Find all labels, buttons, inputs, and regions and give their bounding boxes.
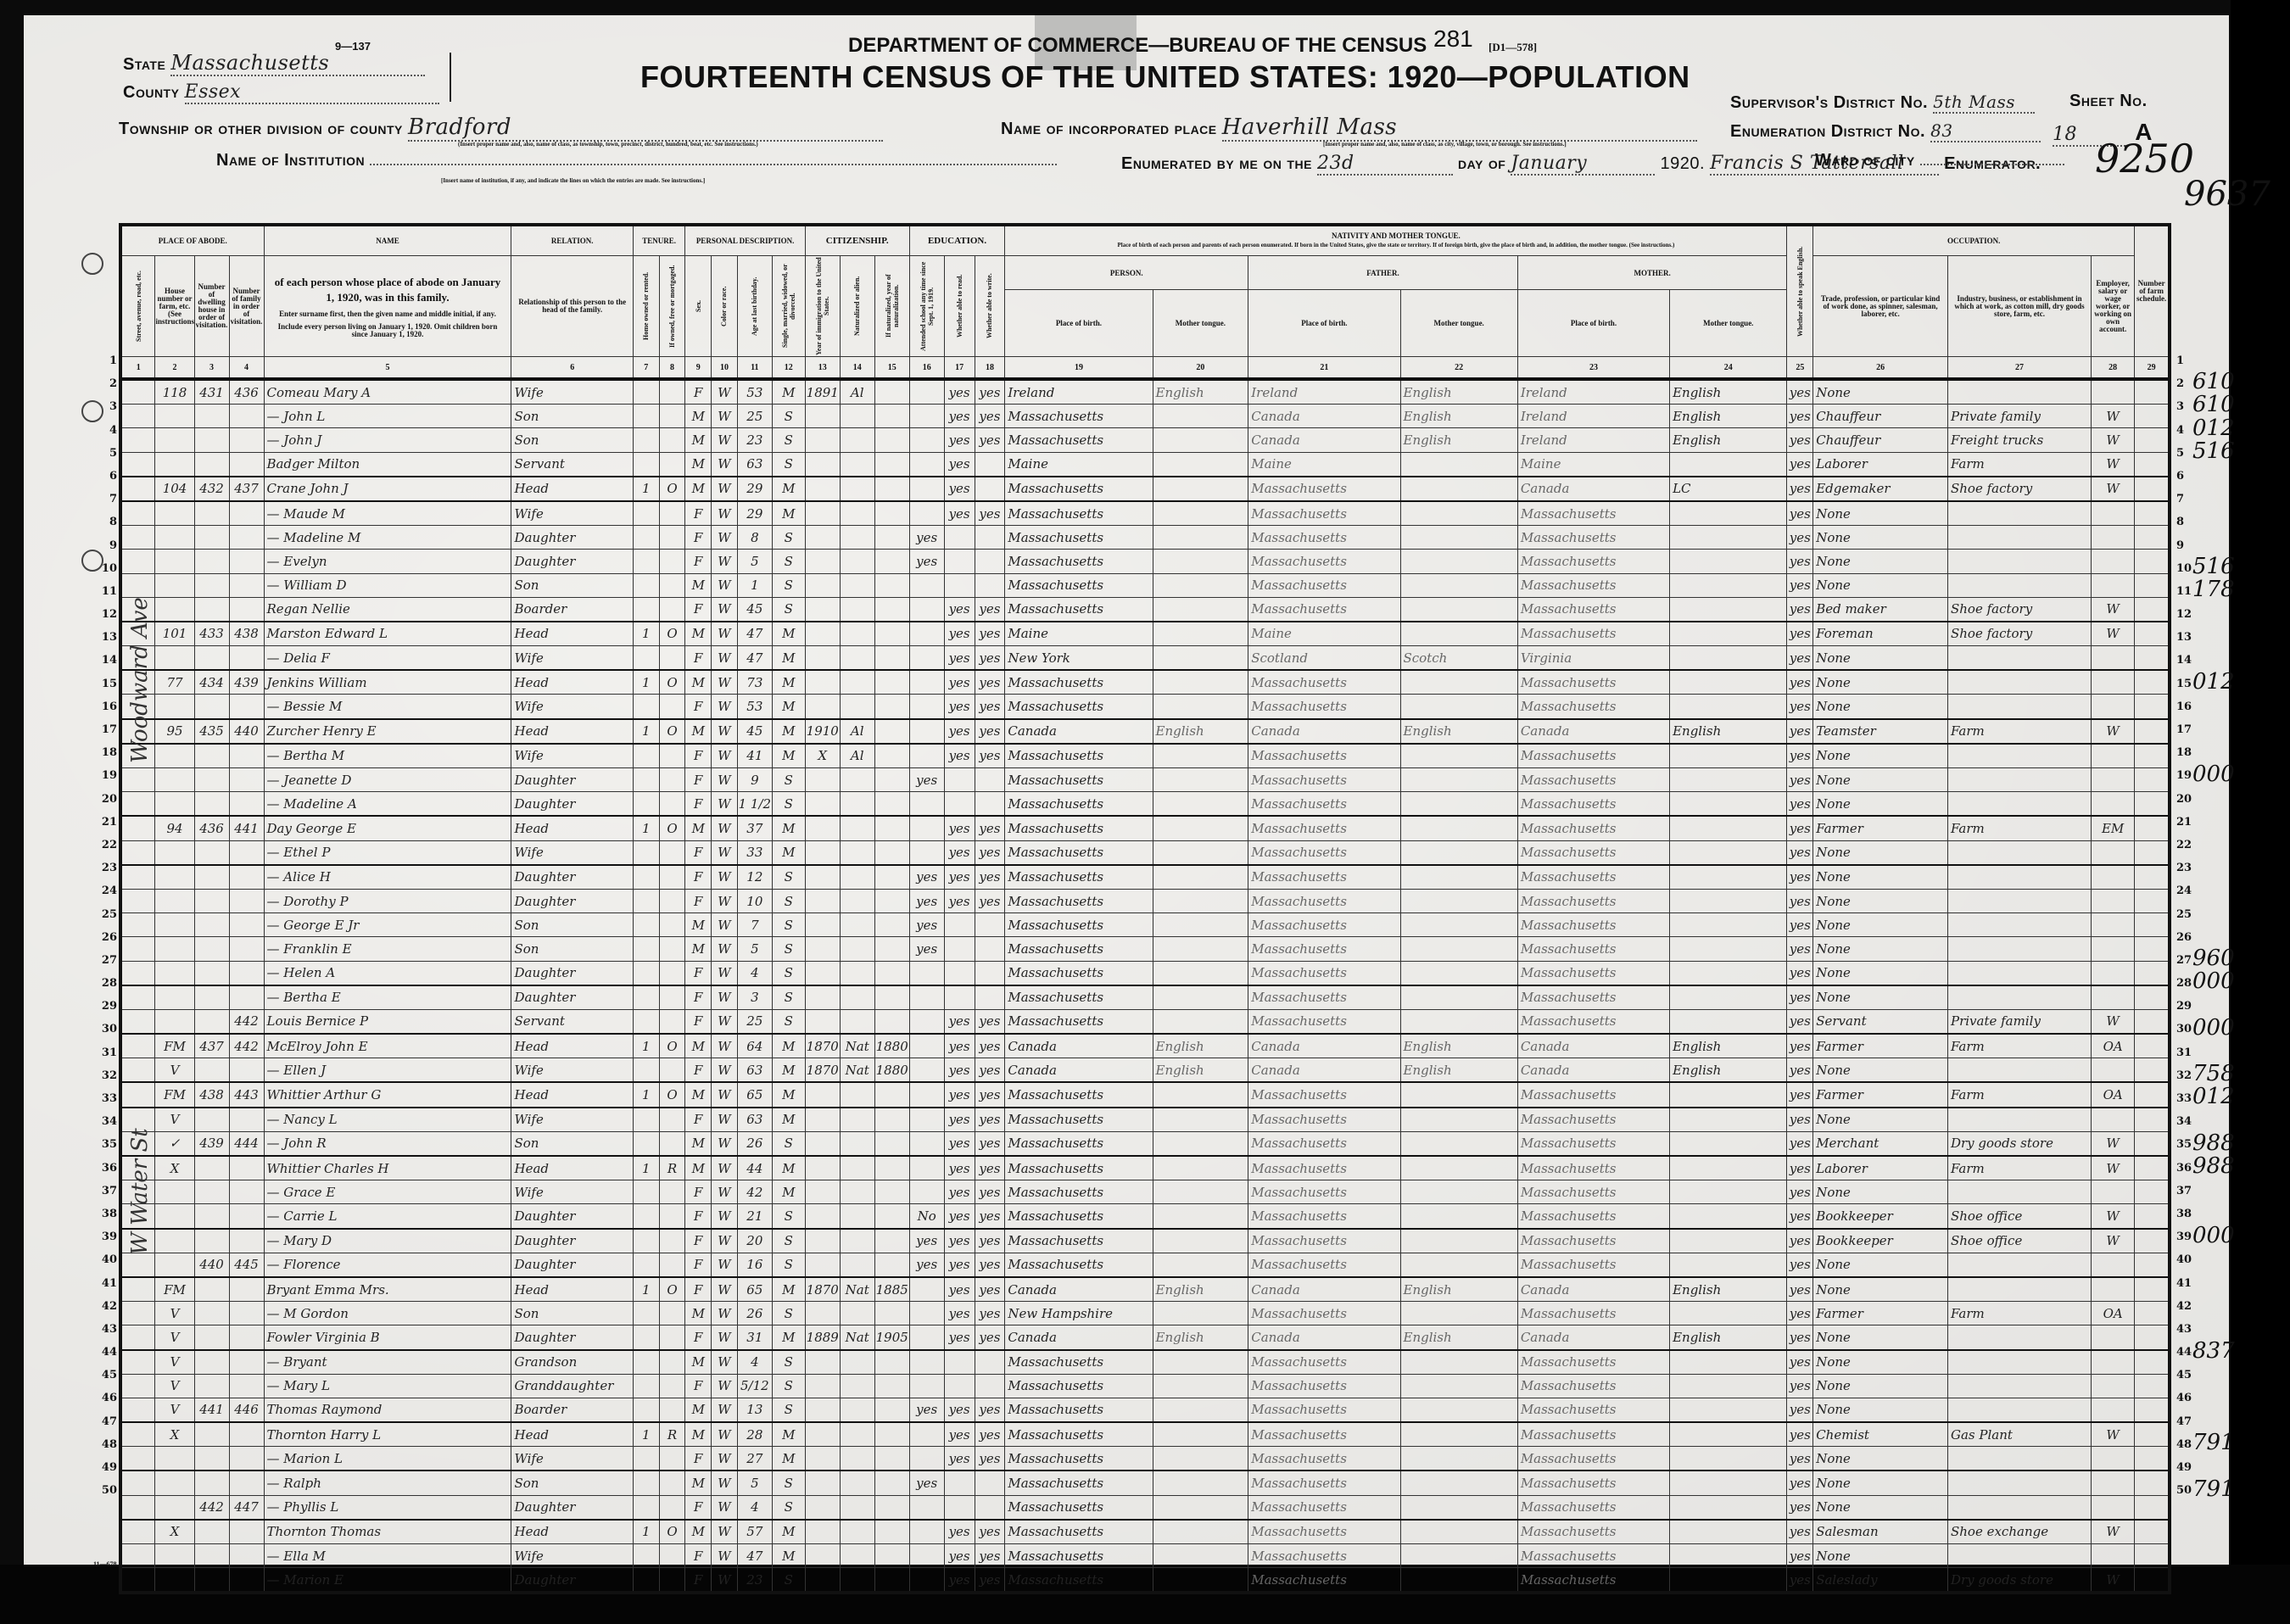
cell-street: [120, 1520, 155, 1544]
cell-farm: [2135, 1447, 2170, 1471]
cell-relation: Servant: [511, 452, 633, 477]
cell-farm: [2135, 1350, 2170, 1375]
cell-owned: [659, 913, 685, 937]
cell-immig: [805, 1398, 840, 1422]
cell-m-pob: Canada: [1517, 1277, 1669, 1302]
cell-school: [909, 961, 944, 985]
cell-marital: S: [772, 428, 805, 452]
column-number: 13: [805, 357, 840, 380]
cell-school: yes: [909, 937, 944, 961]
cell-house: 118: [155, 379, 194, 405]
cell-natyr: [874, 1253, 909, 1277]
cell-school: yes: [909, 768, 944, 792]
cell-farm: [2135, 937, 2170, 961]
cell-marital: M: [772, 379, 805, 405]
cell-street: [120, 501, 155, 526]
cell-sex: M: [685, 1520, 712, 1544]
cell-m-pob: Massachusetts: [1517, 695, 1669, 719]
cell-m-pob: Massachusetts: [1517, 1568, 1669, 1593]
cell-natyr: [874, 1374, 909, 1398]
cell-natyr: [874, 1229, 909, 1253]
cell-home: [633, 550, 659, 573]
cell-house: FM: [155, 1277, 194, 1302]
cell-write: yes: [975, 646, 1005, 671]
cell-pob: Canada: [1005, 1325, 1153, 1350]
cell-house: V: [155, 1325, 194, 1350]
cell-immig: [805, 1350, 840, 1375]
cell-color: W: [712, 1374, 738, 1398]
cell-write: yes: [975, 1131, 1005, 1156]
cell-mt: [1153, 1520, 1248, 1544]
cell-mt: [1153, 1374, 1248, 1398]
occupation-code: 610: [2192, 392, 2235, 417]
cell-m-mt: [1670, 1374, 1787, 1398]
cell-farm: [2135, 1108, 2170, 1132]
cell-home: 1: [633, 670, 659, 695]
cell-mt: [1153, 1082, 1248, 1107]
cell-age: 23: [737, 1568, 772, 1593]
cell-f-pob: Canada: [1248, 1034, 1400, 1058]
cell-f-pob: Canada: [1248, 405, 1400, 428]
cell-m-mt: [1670, 1229, 1787, 1253]
cell-street: [120, 1302, 155, 1325]
cell-trade: None: [1813, 1495, 1948, 1520]
cell-nat: [840, 1302, 874, 1325]
cell-home: [633, 379, 659, 405]
cell-color: W: [712, 1229, 738, 1253]
cell-class: W: [2092, 405, 2135, 428]
cell-dwelling: [194, 1568, 229, 1593]
census-table: PLACE OF ABODE. NAME RELATION. TENURE. P…: [119, 223, 2171, 1594]
cell-age: 10: [737, 889, 772, 912]
cell-farm: [2135, 961, 2170, 985]
cell-natyr: [874, 937, 909, 961]
cell-f-mt: [1400, 961, 1517, 985]
form-number: 9—137: [335, 40, 371, 53]
cell-trade: Farmer: [1813, 1302, 1948, 1325]
cell-school: [909, 1325, 944, 1350]
line-number: 25: [2176, 903, 2202, 926]
cell-industry: [1947, 768, 2091, 792]
cell-m-pob: Massachusetts: [1517, 1374, 1669, 1398]
cell-relation: Daughter: [511, 550, 633, 573]
cell-family: [229, 573, 264, 597]
margin-number-1: 9250: [2095, 136, 2194, 181]
line-number: 13: [88, 626, 117, 649]
line-number: 20: [88, 788, 117, 811]
cell-f-mt: [1400, 1495, 1517, 1520]
cell-marital: M: [772, 1447, 805, 1471]
cell-read: yes: [944, 695, 975, 719]
cell-pob: Massachusetts: [1005, 816, 1153, 840]
cell-owned: [659, 961, 685, 985]
cell-pob: Massachusetts: [1005, 1471, 1153, 1495]
cell-eng: yes: [1787, 1229, 1813, 1253]
cell-f-mt: [1400, 695, 1517, 719]
cell-sex: F: [685, 961, 712, 985]
cell-class: [2092, 865, 2135, 890]
cell-relation: Wife: [511, 695, 633, 719]
cell-m-pob: Massachusetts: [1517, 1204, 1669, 1229]
cell-home: 1: [633, 1034, 659, 1058]
cell-natyr: [874, 1568, 909, 1593]
cell-trade: None: [1813, 1253, 1948, 1277]
cell-street: [120, 1058, 155, 1083]
cell-school: yes: [909, 550, 944, 573]
cell-nat: [840, 1447, 874, 1471]
cell-m-pob: Massachusetts: [1517, 1422, 1669, 1447]
cell-home: 1: [633, 816, 659, 840]
line-number: 50: [88, 1479, 117, 1502]
cell-sex: M: [685, 1422, 712, 1447]
cell-name: — Florence: [264, 1253, 511, 1277]
cell-immig: [805, 1495, 840, 1520]
cell-natyr: [874, 1131, 909, 1156]
cell-f-mt: [1400, 477, 1517, 501]
line-number: 26: [88, 926, 117, 949]
cell-farm: [2135, 1422, 2170, 1447]
cell-marital: M: [772, 1108, 805, 1132]
cell-home: [633, 985, 659, 1010]
cell-house: [155, 768, 194, 792]
cell-f-mt: English: [1400, 379, 1517, 405]
cell-f-mt: [1400, 889, 1517, 912]
cell-age: 65: [737, 1082, 772, 1107]
cell-school: [909, 792, 944, 817]
table-row: — Dorothy PDaughterFW10SyesyesyesMassach…: [120, 889, 2170, 912]
cell-color: W: [712, 985, 738, 1010]
cell-name: — John R: [264, 1131, 511, 1156]
column-number: 1: [120, 357, 155, 380]
cell-school: [909, 622, 944, 646]
cell-farm: [2135, 985, 2170, 1010]
cell-industry: [1947, 1350, 2091, 1375]
cell-house: [155, 646, 194, 671]
cell-eng: yes: [1787, 1253, 1813, 1277]
line-number: 19: [88, 764, 117, 787]
cell-farm: [2135, 573, 2170, 597]
column-number: 5: [264, 357, 511, 380]
cell-eng: yes: [1787, 840, 1813, 865]
cell-color: W: [712, 1350, 738, 1375]
cell-house: [155, 1544, 194, 1568]
cell-color: W: [712, 792, 738, 817]
cell-write: yes: [975, 1082, 1005, 1107]
cell-sex: F: [685, 889, 712, 912]
cell-marital: M: [772, 1325, 805, 1350]
cell-name: Regan Nellie: [264, 597, 511, 622]
cell-class: W: [2092, 719, 2135, 744]
cell-f-pob: Massachusetts: [1248, 961, 1400, 985]
cell-f-pob: Scotland: [1248, 646, 1400, 671]
cell-family: [229, 1568, 264, 1593]
cell-industry: [1947, 1253, 2091, 1277]
cell-dwelling: 442: [194, 1495, 229, 1520]
cell-industry: [1947, 1058, 2091, 1083]
line-number: 37: [88, 1180, 117, 1203]
cell-class: [2092, 1058, 2135, 1083]
cell-home: [633, 1447, 659, 1471]
cell-home: [633, 501, 659, 526]
cell-write: [975, 526, 1005, 550]
cell-f-mt: [1400, 1422, 1517, 1447]
cell-m-pob: Canada: [1517, 719, 1669, 744]
cell-school: [909, 452, 944, 477]
cell-relation: Wife: [511, 646, 633, 671]
cell-read: yes: [944, 1277, 975, 1302]
cell-eng: yes: [1787, 1034, 1813, 1058]
cell-color: W: [712, 889, 738, 912]
header-c25: Whether able to speak English.: [1787, 225, 1813, 357]
cell-name: Zurcher Henry E: [264, 719, 511, 744]
cell-color: W: [712, 622, 738, 646]
cell-read: yes: [944, 889, 975, 912]
cell-nat: [840, 1544, 874, 1568]
cell-f-mt: English: [1400, 719, 1517, 744]
cell-owned: [659, 452, 685, 477]
cell-mt: [1153, 744, 1248, 768]
cell-class: [2092, 526, 2135, 550]
group-relation: RELATION.: [511, 225, 633, 256]
cell-immig: [805, 1520, 840, 1544]
census-title: FOURTEENTH CENSUS OF THE UNITED STATES: …: [640, 59, 1690, 95]
cell-mt: [1153, 865, 1248, 890]
cell-marital: S: [772, 768, 805, 792]
cell-home: [633, 1009, 659, 1034]
column-number: 3: [194, 357, 229, 380]
cell-write: [975, 792, 1005, 817]
cell-school: [909, 597, 944, 622]
cell-color: W: [712, 1131, 738, 1156]
line-number: 2: [88, 372, 117, 395]
state-county-bracket: [441, 53, 451, 102]
cell-read: yes: [944, 1204, 975, 1229]
header-c14: Naturalized or alien.: [840, 256, 874, 357]
cell-f-pob: Massachusetts: [1248, 1082, 1400, 1107]
cell-street: [120, 1495, 155, 1520]
occupation-code: 000: [2192, 1015, 2235, 1041]
cell-class: [2092, 1253, 2135, 1277]
column-number: 21: [1248, 357, 1400, 380]
cell-marital: M: [772, 840, 805, 865]
cell-eng: yes: [1787, 1398, 1813, 1422]
cell-owned: [659, 695, 685, 719]
table-row: — Madeline MDaughterFW8SyesMassachusetts…: [120, 526, 2170, 550]
line-number: 16: [88, 695, 117, 718]
cell-industry: [1947, 573, 2091, 597]
table-row: — Delia FWifeFW47MyesyesNew YorkScotland…: [120, 646, 2170, 671]
cell-name: — Ethel P: [264, 840, 511, 865]
cell-name: — Evelyn: [264, 550, 511, 573]
table-row: — William DSonMW1SMassachusettsMassachus…: [120, 573, 2170, 597]
cell-f-pob: Massachusetts: [1248, 501, 1400, 526]
cell-school: [909, 985, 944, 1010]
cell-mt: [1153, 452, 1248, 477]
cell-immig: [805, 550, 840, 573]
cell-school: [909, 1520, 944, 1544]
occupation-code: 791: [2192, 1430, 2235, 1455]
cell-f-pob: Massachusetts: [1248, 792, 1400, 817]
cell-mt: English: [1153, 1325, 1248, 1350]
cell-f-mt: [1400, 1302, 1517, 1325]
cell-dwelling: [194, 695, 229, 719]
cell-school: [909, 646, 944, 671]
occupation-code: 988: [2192, 1153, 2235, 1179]
cell-nat: [840, 1229, 874, 1253]
cell-natyr: [874, 695, 909, 719]
cell-age: 25: [737, 1009, 772, 1034]
cell-mt: [1153, 597, 1248, 622]
cell-sex: M: [685, 1471, 712, 1495]
cell-f-mt: [1400, 501, 1517, 526]
cell-f-mt: [1400, 597, 1517, 622]
cell-school: [909, 744, 944, 768]
cell-class: [2092, 695, 2135, 719]
cell-family: 437: [229, 477, 264, 501]
cell-dwelling: [194, 961, 229, 985]
group-person: PERSON.: [1005, 256, 1248, 290]
cell-house: [155, 1495, 194, 1520]
cell-color: W: [712, 913, 738, 937]
cell-home: [633, 573, 659, 597]
cell-f-mt: [1400, 1544, 1517, 1568]
cell-pob: Massachusetts: [1005, 597, 1153, 622]
cell-trade: None: [1813, 792, 1948, 817]
cell-class: W: [2092, 597, 2135, 622]
incorporated-label: Name of incorporated place: [1001, 120, 1217, 138]
cell-street: [120, 452, 155, 477]
cell-mt: [1153, 1398, 1248, 1422]
line-number: 3: [88, 395, 117, 418]
cell-nat: [840, 1204, 874, 1229]
cell-eng: yes: [1787, 646, 1813, 671]
cell-write: [975, 985, 1005, 1010]
cell-relation: Son: [511, 573, 633, 597]
cell-house: [155, 526, 194, 550]
cell-color: W: [712, 1520, 738, 1544]
cell-name: — Ellen J: [264, 1058, 511, 1083]
occupation-code: 791: [2192, 1476, 2235, 1502]
cell-f-mt: English: [1400, 428, 1517, 452]
cell-mt: [1153, 1156, 1248, 1180]
cell-m-mt: [1670, 1495, 1787, 1520]
cell-immig: 1910: [805, 719, 840, 744]
cell-immig: 1889: [805, 1325, 840, 1350]
cell-pob: Massachusetts: [1005, 1108, 1153, 1132]
cell-eng: yes: [1787, 1082, 1813, 1107]
cell-age: 4: [737, 961, 772, 985]
cell-class: [2092, 379, 2135, 405]
cell-industry: [1947, 646, 2091, 671]
cell-nat: [840, 477, 874, 501]
cell-mt: English: [1153, 1277, 1248, 1302]
cell-read: yes: [944, 1544, 975, 1568]
cell-eng: yes: [1787, 477, 1813, 501]
cell-color: W: [712, 1034, 738, 1058]
cell-nat: [840, 1108, 874, 1132]
cell-trade: None: [1813, 768, 1948, 792]
cell-farm: [2135, 1568, 2170, 1593]
cell-eng: yes: [1787, 719, 1813, 744]
cell-age: 31: [737, 1325, 772, 1350]
cell-age: 53: [737, 695, 772, 719]
line-number: 10: [88, 557, 117, 580]
cell-m-mt: LC: [1670, 477, 1787, 501]
header-c17: Whether able to read.: [944, 256, 975, 357]
cell-immig: [805, 622, 840, 646]
cell-eng: yes: [1787, 1350, 1813, 1375]
cell-m-pob: Massachusetts: [1517, 985, 1669, 1010]
cell-color: W: [712, 1422, 738, 1447]
cell-natyr: 1885: [874, 1277, 909, 1302]
cell-relation: Head: [511, 1034, 633, 1058]
cell-street: [120, 768, 155, 792]
cell-m-mt: [1670, 1204, 1787, 1229]
cell-read: [944, 1374, 975, 1398]
cell-eng: yes: [1787, 1495, 1813, 1520]
cell-immig: [805, 1108, 840, 1132]
occupation-code: 837: [2192, 1338, 2235, 1364]
cell-sex: F: [685, 1495, 712, 1520]
line-number: 17: [88, 718, 117, 741]
cell-trade: None: [1813, 573, 1948, 597]
cell-owned: [659, 937, 685, 961]
cell-write: yes: [975, 816, 1005, 840]
cell-trade: None: [1813, 670, 1948, 695]
cell-name: — Jeanette D: [264, 768, 511, 792]
cell-immig: [805, 1009, 840, 1034]
cell-relation: Wife: [511, 1058, 633, 1083]
cell-industry: [1947, 1447, 2091, 1471]
table-row: Badger MiltonServantMW63SyesMaineMaineMa…: [120, 452, 2170, 477]
cell-farm: [2135, 1034, 2170, 1058]
column-number: 12: [772, 357, 805, 380]
cell-m-pob: Massachusetts: [1517, 961, 1669, 985]
table-row: 440445— FlorenceDaughterFW16SyesyesyesMa…: [120, 1253, 2170, 1277]
cell-name: — William D: [264, 573, 511, 597]
cell-name: Fowler Virginia B: [264, 1325, 511, 1350]
cell-class: W: [2092, 1204, 2135, 1229]
cell-class: [2092, 792, 2135, 817]
cell-house: [155, 937, 194, 961]
cell-immig: [805, 526, 840, 550]
cell-dwelling: [194, 646, 229, 671]
enumerated-day: 23d: [1317, 153, 1453, 176]
cell-mt: English: [1153, 719, 1248, 744]
header-c18: Whether able to write.: [975, 256, 1005, 357]
cell-name: Crane John J: [264, 477, 511, 501]
cell-eng: yes: [1787, 670, 1813, 695]
cell-name: — Maude M: [264, 501, 511, 526]
cell-owned: [659, 1350, 685, 1375]
cell-eng: yes: [1787, 405, 1813, 428]
cell-f-pob: Massachusetts: [1248, 695, 1400, 719]
cell-pob: Massachusetts: [1005, 1082, 1153, 1107]
cell-natyr: [874, 670, 909, 695]
cell-age: 57: [737, 1520, 772, 1544]
cell-trade: None: [1813, 1471, 1948, 1495]
line-number: 42: [2176, 1295, 2202, 1318]
line-number: 22: [2176, 834, 2202, 857]
day-of-label: day of: [1458, 154, 1505, 173]
cell-color: W: [712, 840, 738, 865]
cell-color: W: [712, 1009, 738, 1034]
cell-pob: Massachusetts: [1005, 792, 1153, 817]
cell-farm: [2135, 1495, 2170, 1520]
cell-f-pob: Massachusetts: [1248, 937, 1400, 961]
cell-write: [975, 477, 1005, 501]
cell-write: [975, 937, 1005, 961]
